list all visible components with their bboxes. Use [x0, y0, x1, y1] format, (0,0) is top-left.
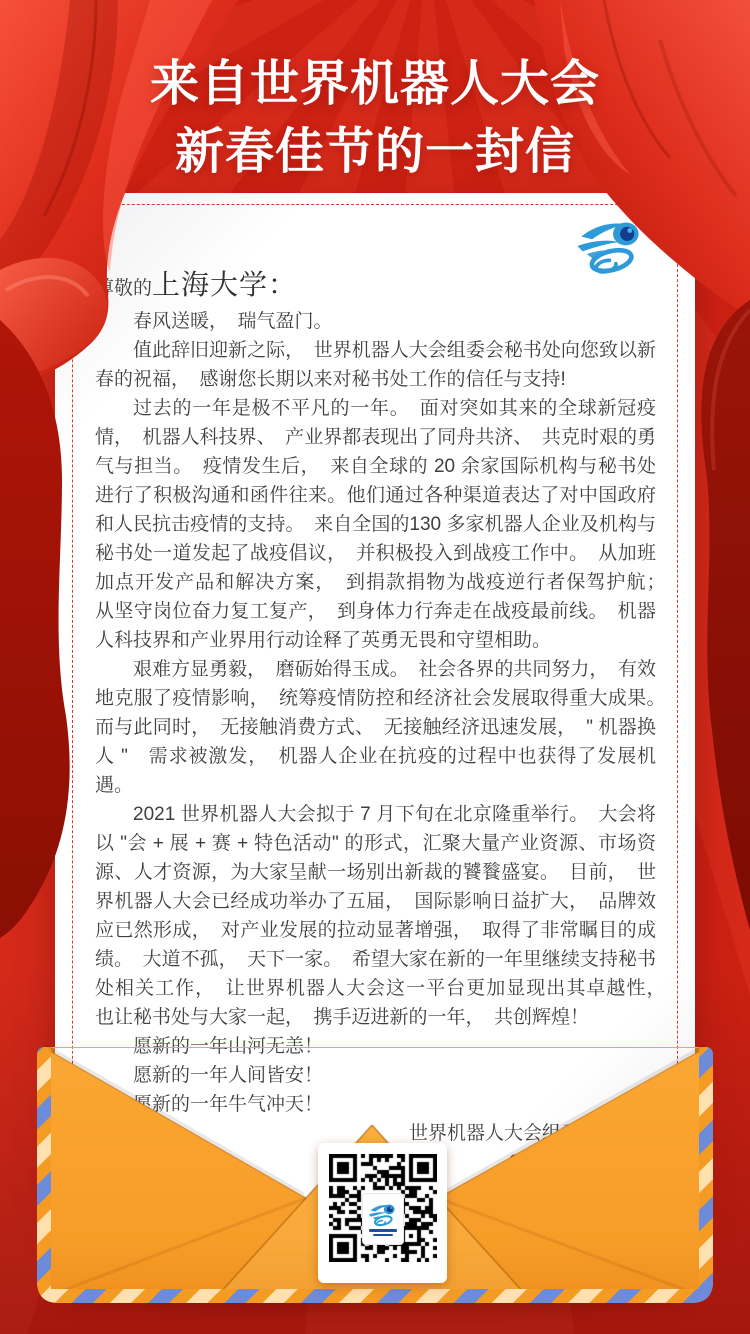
- new-year-wish: 愿新的一年山河无恙！: [95, 1032, 656, 1061]
- letter-body: 春风送暖， 瑞气盈门。 值此辞旧迎新之际， 世界机器人大会组委会秘书处向您致以新…: [95, 307, 656, 1177]
- poster-title: 来自世界机器人大会 新春佳节的一封信: [0, 50, 750, 186]
- qr-card: [318, 1143, 447, 1283]
- new-year-wish: 愿新的一年牛气冲天！: [95, 1090, 656, 1119]
- poster-background: 尊敬的上海大学： 春风送暖， 瑞气盈门。 值此辞旧迎新之际， 世界机器人大会组委…: [0, 0, 750, 1334]
- poster-title-line2: 新春佳节的一封信: [0, 118, 750, 186]
- letter-paragraph: 2021 世界机器人大会拟于 7 月下旬在北京隆重举行。 大会将以 "会 + 展…: [95, 800, 656, 1032]
- letter-paper: 尊敬的上海大学： 春风送暖， 瑞气盈门。 值此辞旧迎新之际， 世界机器人大会组委…: [55, 193, 695, 1213]
- salutation: 尊敬的上海大学：: [95, 263, 297, 303]
- letter-paragraph: 春风送暖， 瑞气盈门。: [95, 307, 656, 336]
- qr-center-logo-chip: [362, 1193, 404, 1245]
- salutation-prefix: 尊敬的: [95, 278, 152, 299]
- world-robot-conference-logo-icon: [576, 216, 646, 276]
- recipient-name: 上海大学：: [152, 269, 297, 300]
- qr-logo-caption-line: [369, 1229, 397, 1232]
- envelope-shadow: [55, 1299, 695, 1307]
- letter-paragraph: 艰难方显勇毅， 磨砺始得玉成。 社会各界的共同努力， 有效地克服了疫情影响， 统…: [95, 655, 656, 800]
- qr-logo-caption-line: [373, 1234, 393, 1236]
- world-robot-conference-logo-icon: [368, 1202, 398, 1227]
- letter-paragraph: 值此辞旧迎新之际， 世界机器人大会组委会秘书处向您致以新春的祝福， 感谢您长期以…: [95, 336, 656, 394]
- poster-title-line1: 来自世界机器人大会: [0, 50, 750, 118]
- new-year-wish: 愿新的一年人间皆安！: [95, 1061, 656, 1090]
- letter-paragraph: 过去的一年是极不平凡的一年。 面对突如其来的全球新冠疫情， 机器人科技界、 产业…: [95, 394, 656, 655]
